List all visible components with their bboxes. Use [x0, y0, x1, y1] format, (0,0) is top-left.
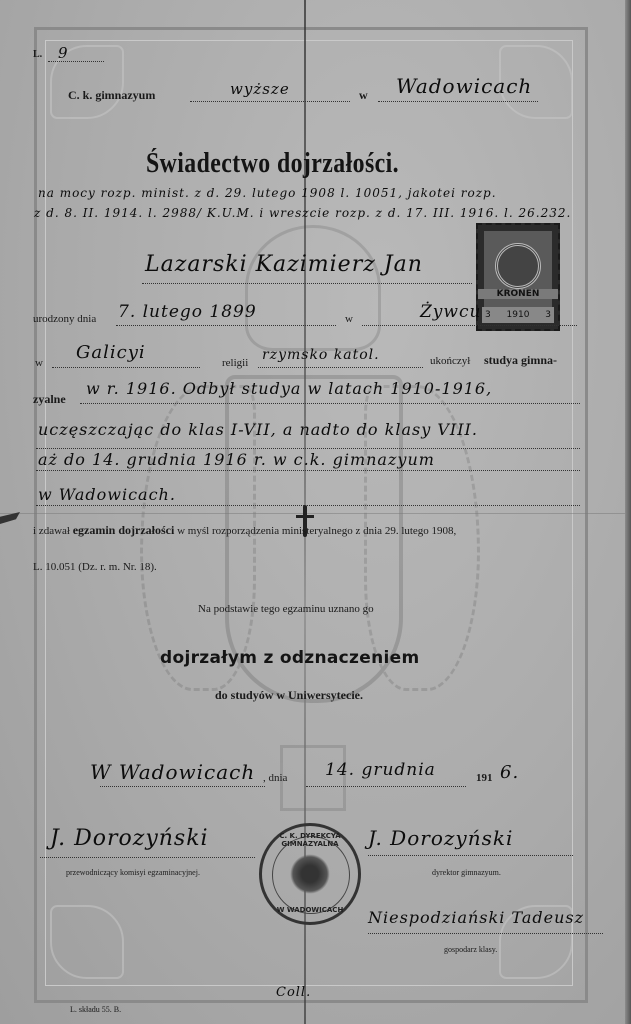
corner-ornament-icon — [50, 905, 124, 979]
birth-date-line — [116, 325, 336, 326]
seal-text-bottom: W WADOWICACH — [262, 906, 358, 914]
issue-place-line — [100, 786, 265, 787]
chairman-signature-line — [40, 857, 255, 858]
register-label: L. — [33, 49, 42, 60]
issue-date-line — [306, 786, 466, 787]
page-edge — [625, 0, 631, 1024]
result-purpose: do studyów w Uniwersytecie. — [215, 688, 363, 703]
document-scan: L. 9 C. k. gimnazyum wyższe w Wadowicach… — [0, 0, 631, 1024]
stamp-currency: KRONEN — [478, 289, 558, 299]
stamp-year: 1910 — [507, 310, 530, 320]
class-master-signature-line — [368, 933, 603, 934]
religion-line — [258, 367, 423, 368]
chairman-title: przewodniczący komisyi egzaminacyjnej. — [66, 868, 200, 877]
exam-sentence-b: w myśl rozporządzenia ministeryalnego z … — [177, 525, 456, 537]
completed-label: ukończył — [430, 355, 470, 367]
exam-sentence: i zdawał egzamin dojrzałości w myśl rozp… — [33, 523, 456, 538]
school-location: Wadowicach — [396, 74, 532, 98]
studies-line-3 — [36, 470, 580, 471]
stamp-denomination: 3 — [485, 310, 491, 320]
double-headed-eagle-icon — [290, 854, 330, 894]
revenue-stamp: KRONEN 3 1910 3 — [476, 223, 560, 331]
studies-text-4: w Wadowicach. — [38, 485, 176, 504]
stamp-denomination: 3 — [545, 310, 551, 320]
studies-text-3: aż do 14. grudnia 1916 r. w c.k. gimnazy… — [38, 450, 435, 469]
exam-sentence-a: i zdawał — [33, 525, 70, 537]
exam-reference: L. 10.051 (Dz. r. m. Nr. 18). — [33, 561, 157, 573]
issue-year-hand: 6. — [500, 762, 519, 783]
official-seal: C. K. DYREKCYA GIMNAZYALNA W WADOWICACH — [259, 823, 361, 925]
student-name: Lazarski Kazimierz Jan — [145, 252, 423, 277]
studies-text-1: w r. 1916. Odbył studya w latach 1910-19… — [86, 379, 492, 398]
issue-place: W Wadowicach — [90, 760, 255, 784]
class-master-signature: Niespodziański Tadeusz — [368, 908, 584, 927]
stamp-value-bar: 3 1910 3 — [482, 307, 554, 323]
chairman-signature: J. Dorozyński — [50, 826, 209, 851]
legal-note-line-2: z d. 8. II. 1914. l. 2988/ K.U.M. i wres… — [34, 206, 571, 220]
religion: rzymsko katol. — [262, 347, 380, 363]
page-title: Świadectwo dojrzałości. — [146, 148, 399, 180]
portrait-icon — [495, 243, 541, 289]
religion-label: religii — [222, 357, 248, 369]
school-location-prefix: w — [359, 88, 368, 103]
born-label: urodzony dnia — [33, 313, 96, 325]
form-number: L. składu 55. B. — [70, 1005, 121, 1014]
province: Galicyi — [76, 342, 146, 363]
studies-label-a: studya gimna- — [484, 353, 557, 368]
student-name-line — [142, 283, 472, 284]
school-type-line — [190, 101, 350, 102]
issue-date-label: , dnia — [263, 772, 287, 784]
birth-place-line — [362, 325, 577, 326]
class-master-title: gospodarz klasy. — [444, 945, 497, 954]
school-prefix: C. k. gimnazyum — [68, 88, 155, 103]
seal-text-top: C. K. DYREKCYA GIMNAZYALNA — [262, 832, 358, 848]
issue-date: 14. grudnia — [325, 760, 436, 780]
collation-mark: Coll. — [276, 985, 311, 1000]
province-line — [52, 367, 200, 368]
studies-line-1 — [80, 403, 580, 404]
issue-year-printed: 191 — [476, 772, 493, 784]
basis-text: Na podstawie tego egzaminu uznano go — [198, 603, 374, 615]
province-prefix: w — [35, 357, 43, 369]
result: dojrzałym z odznaczeniem — [160, 648, 419, 668]
fold-line-horizontal — [0, 513, 631, 514]
register-number: 9 — [58, 44, 69, 62]
director-signature-line — [368, 855, 573, 856]
legal-note-line-1: na mocy rozp. minist. z d. 29. lutego 19… — [38, 186, 497, 200]
birth-place: Żywcu — [420, 302, 481, 322]
school-location-line — [378, 101, 538, 102]
director-title: dyrektor gimnazyum. — [432, 868, 501, 877]
director-signature: J. Dorozyński — [368, 826, 513, 850]
birth-place-prefix: w — [345, 313, 353, 325]
studies-line-4 — [36, 505, 580, 506]
studies-label-b: zyalne — [33, 392, 66, 407]
studies-text-2: uczęszczając do klas I-VII, a nadto do k… — [38, 420, 478, 439]
exam-sentence-bold: egzamin dojrzałości — [73, 523, 175, 537]
school-type: wyższe — [230, 80, 290, 98]
birth-date: 7. lutego 1899 — [118, 302, 257, 322]
studies-line-2 — [36, 448, 580, 449]
register-line — [48, 61, 104, 62]
